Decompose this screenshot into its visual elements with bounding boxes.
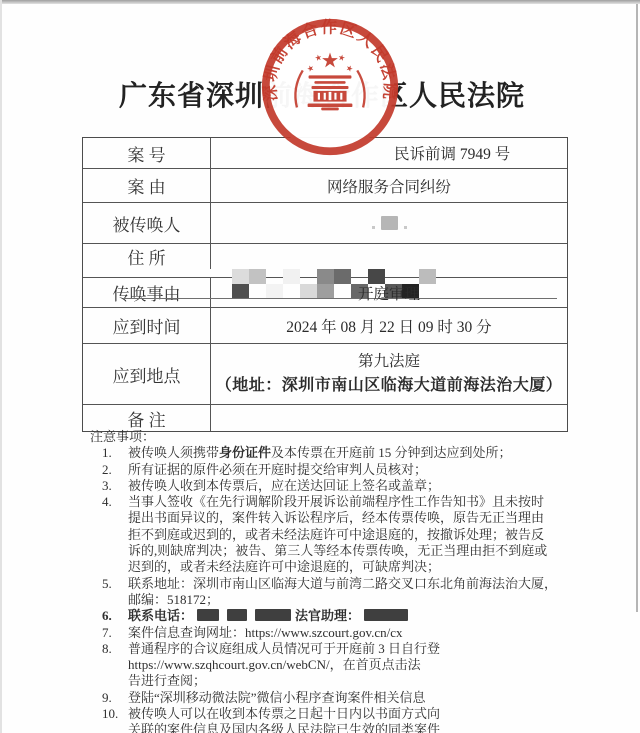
notice-item-text: 当事人签收《在先行调解阶段开展诉讼前端程序性工作告知书》且未按时提出书面异议的，… xyxy=(128,494,640,575)
notice-text: 被传唤人须携带 xyxy=(128,445,219,460)
photo-right-edge xyxy=(636,4,638,612)
notice-item: 1.被传唤人须携带身份证件及本传票在开庭前 15 分钟到达应到处所； xyxy=(88,445,640,461)
notice-text: 普通程序的合议庭组成人员情况可于开庭前 3 日自行登 xyxy=(128,641,440,656)
notice-item: 7.案件信息查询网址：https://www.szcourt.gov.cn/cx xyxy=(88,625,640,641)
notice-item-number: 3. xyxy=(102,478,128,494)
notice-item-text: 被传唤人须携带身份证件及本传票在开庭前 15 分钟到达应到处所； xyxy=(128,445,640,461)
notices-heading: 注意事项： xyxy=(90,429,640,445)
notice-item: 4.当事人签收《在先行调解阶段开展诉讼前端程序性工作告知书》且未按时提出书面异议… xyxy=(88,494,640,575)
notice-item-number: 6. xyxy=(102,608,128,624)
notice-item-number: 2. xyxy=(102,462,128,478)
notice-text: 关联的案件信息及国内各级人民法院已生效的同类案件 xyxy=(128,722,440,733)
notice-text: 所有证据的原件必须在开庭时提交给审判人员核对； xyxy=(128,462,427,477)
row-value-text: 开庭审理 xyxy=(358,282,420,304)
courtroom-text: 第九法庭 xyxy=(358,352,420,371)
notice-item-number: 1. xyxy=(102,445,128,461)
notice-item-number: 8. xyxy=(102,641,128,690)
table-row: 应到时间2024 年 08 月 22 日 09 时 30 分 xyxy=(83,308,567,344)
row-value xyxy=(211,405,567,431)
row-value: 2024 年 08 月 22 日 09 时 30 分 xyxy=(211,308,567,343)
notice-text: 联系地址：深圳市南山区临海大道与前湾二路交叉口东北角前海法治大厦， xyxy=(128,576,557,591)
row-value xyxy=(211,203,567,243)
table-row: 案 由网络服务合同纠纷 xyxy=(83,169,567,203)
row-label: 应到时间 xyxy=(83,308,211,343)
notice-text: https://www.szqhcourt.gov.cn/webCN/，在首页点… xyxy=(128,657,421,672)
notice-text: 拒不到庭或迟到的，或者未经法庭许可中途退庭的，按撤诉处理；被告反 xyxy=(128,527,544,542)
table-row: 被传唤人 xyxy=(83,203,567,244)
redacted-phone-block xyxy=(227,609,247,621)
notice-item-text: 登陆“深圳移动微法院”微信小程序查询案件相关信息 xyxy=(128,690,640,706)
table-row: 应到地点第九法庭（地址：深圳市南山区临海大道前海法治大厦） xyxy=(83,344,567,405)
row-label: 住 所 xyxy=(83,244,211,269)
notice-item-text: 被传唤人可以在收到本传票之日起十日内以书面方式向关联的案件信息及国内各级人民法院… xyxy=(128,706,640,733)
notice-item: 5.联系地址：深圳市南山区临海大道与前湾二路交叉口东北角前海法治大厦，邮编：51… xyxy=(88,576,640,609)
row-label: 应到地点 xyxy=(83,344,211,404)
notice-item: 3.被传唤人收到本传票后，应在送达回证上签名或盖章； xyxy=(88,478,640,494)
summons-table: 案 号民诉前调 7949 号案 由网络服务合同纠纷被传唤人住 所传唤事由开庭审理… xyxy=(82,137,568,432)
notice-text: 告进行查阅； xyxy=(128,673,206,688)
blur-artifact-dot xyxy=(404,226,407,229)
notice-item-number: 4. xyxy=(102,494,128,575)
notice-item: 10.被传唤人可以在收到本传票之日起十日内以书面方式向关联的案件信息及国内各级人… xyxy=(88,706,640,733)
photo-left-edge xyxy=(0,0,2,733)
redacted-name-blur xyxy=(381,216,398,230)
row-value: 开庭审理 xyxy=(211,278,567,307)
notice-text: 迟到的，或者未经法庭许可中途退庭的，可缺席判决； xyxy=(128,559,440,574)
notice-text: 提出书面异议的，案件转入诉讼程序后，经本传票传唤，原告无正当理由 xyxy=(128,510,544,525)
notice-item: 6.联系电话：法官助理： xyxy=(88,608,640,624)
redacted-phone-block xyxy=(197,609,219,621)
notice-bold-text: 联系电话： xyxy=(128,608,193,623)
notice-item-text: 案件信息查询网址：https://www.szcourt.gov.cn/cx xyxy=(128,625,640,641)
notice-text: 被传唤人收到本传票后，应在送达回证上签名或盖章； xyxy=(128,478,440,493)
courtroom-address-text: （地址：深圳市南山区临海大道前海法治大厦） xyxy=(216,376,563,396)
notice-item-text: 联系电话：法官助理： xyxy=(128,608,640,624)
notice-item-number: 5. xyxy=(102,576,128,609)
notice-item-text: 普通程序的合议庭组成人员情况可于开庭前 3 日自行登https://www.sz… xyxy=(128,641,640,690)
notice-item-text: 被传唤人收到本传票后，应在送达回证上签名或盖章； xyxy=(128,478,640,494)
row-value-text: 网络服务合同纠纷 xyxy=(327,175,451,197)
notice-bold-text: 身份证件 xyxy=(219,445,271,460)
table-row: 住 所 xyxy=(83,244,567,278)
row-label: 案 由 xyxy=(83,169,211,202)
row-label: 案 号 xyxy=(83,138,211,168)
notice-text: 案件信息查询网址：https://www.szcourt.gov.cn/cx xyxy=(128,625,403,640)
row-value-text: 民诉前调 7949 号 xyxy=(394,142,510,164)
notice-item: 9.登陆“深圳移动微法院”微信小程序查询案件相关信息 xyxy=(88,690,640,706)
notice-item-text: 联系地址：深圳市南山区临海大道与前湾二路交叉口东北角前海法治大厦，邮编：5181… xyxy=(128,576,640,609)
row-label: 备 注 xyxy=(83,405,211,431)
redacted-phone-block xyxy=(255,609,291,621)
notice-item-number: 10. xyxy=(102,706,128,733)
photo-top-edge xyxy=(0,0,640,4)
notice-item-text: 所有证据的原件必须在开庭时提交给审判人员核对； xyxy=(128,462,640,478)
notice-item-number: 7. xyxy=(102,625,128,641)
notice-text: 被传唤人可以在收到本传票之日起十日内以书面方式向 xyxy=(128,706,440,721)
row-value: 网络服务合同纠纷 xyxy=(211,169,567,202)
notices-section: 注意事项： 1.被传唤人须携带身份证件及本传票在开庭前 15 分钟到达应到处所；… xyxy=(88,429,640,733)
notice-item: 8.普通程序的合议庭组成人员情况可于开庭前 3 日自行登https://www.… xyxy=(88,641,640,690)
row-label: 被传唤人 xyxy=(83,203,211,243)
redacted-phone-block xyxy=(364,609,408,621)
notice-text: 诉的,则缺席判决；被告、第三人等经本传票传唤，无正当理由拒不到庭或 xyxy=(128,543,547,558)
table-row: 备 注 xyxy=(83,405,567,431)
notice-text: 登陆“深圳移动微法院”微信小程序查询案件相关信息 xyxy=(128,690,426,705)
court-seal-stamp: 深圳前海合作区人民法院 xyxy=(257,14,403,160)
row-value: 第九法庭（地址：深圳市南山区临海大道前海法治大厦） xyxy=(211,344,567,404)
notice-text: 邮编：518172； xyxy=(128,592,219,607)
row-value-text: 2024 年 08 月 22 日 09 时 30 分 xyxy=(286,315,491,337)
notice-bold-text: 法官助理： xyxy=(295,608,360,623)
notice-text: 当事人签收《在先行调解阶段开展诉讼前端程序性工作告知书》且未按时 xyxy=(128,494,544,509)
notice-text: 及本传票在开庭前 15 分钟到达应到处所； xyxy=(271,445,512,460)
blur-artifact-dot xyxy=(372,226,375,229)
notice-item-number: 9. xyxy=(102,690,128,706)
notice-item: 2.所有证据的原件必须在开庭时提交给审判人员核对； xyxy=(88,462,640,478)
